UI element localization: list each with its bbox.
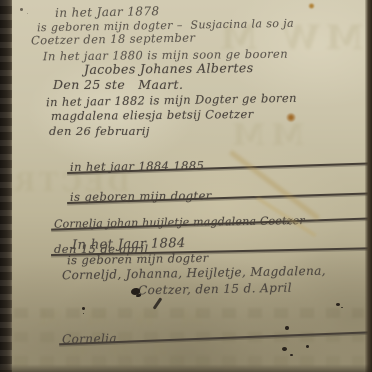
manuscript-photo: MW M MM DECTRI M W M M A M W in het Jaar… (0, 0, 372, 372)
handwritten-line: in het Jaar 1878 (55, 5, 160, 19)
stain-spot (308, 3, 315, 9)
page-edge-shadow (365, 0, 372, 372)
handwritten-line: Coetzer, den 15 d. April (138, 282, 292, 297)
handwritten-line: Jacobes Johanes Albertes (84, 62, 254, 76)
ink-speck (306, 345, 309, 348)
bleedthrough-row (14, 308, 364, 318)
ink-speck (82, 307, 85, 310)
ink-speck (285, 326, 289, 330)
book-spine-edge (0, 0, 12, 372)
handwritten-line-struck: is geboren mijn dogter (70, 188, 372, 203)
ink-speck (282, 347, 287, 351)
bleedthrough-text: MM (226, 118, 304, 153)
handwritten-line: den 26 februarij (49, 126, 150, 138)
handwritten-line: In het Jaar 1884 (72, 237, 186, 252)
handwritten-line: Den 25 ste Maart. (53, 79, 183, 92)
handwritten-line: magdalena eliesja betsij Coetzer (51, 109, 254, 123)
handwritten-line: is geboren mijn dogter (67, 253, 209, 267)
ink-speck (20, 8, 23, 11)
ink-speck (336, 303, 340, 306)
bottom-shadow (0, 364, 372, 372)
stain-spot (286, 113, 296, 122)
handwritten-line: Coetzer den 18 september (31, 33, 196, 47)
